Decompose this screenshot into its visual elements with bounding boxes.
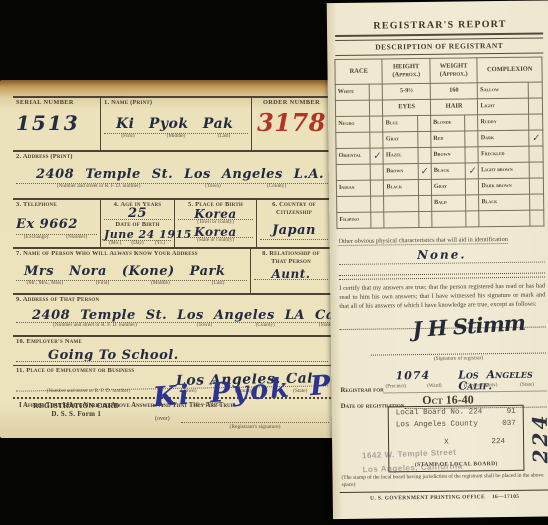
complexion-option-dark-brown: Dark brown (479, 178, 530, 195)
empty-cell (336, 132, 371, 148)
race-check-indian (371, 180, 384, 196)
employer-label: 10. Employer's Name (16, 338, 328, 346)
name-sublabel-middle: (Middle) (152, 134, 200, 140)
weight-header: WEIGHT (Approx.) (430, 58, 478, 84)
complexion-check-black (529, 194, 543, 210)
race-check-filipino (371, 212, 384, 228)
age-value: 25 (104, 209, 171, 220)
eyes-option-brown: Brown (384, 164, 419, 180)
relationship-label: 8. Relationship of That Person (254, 250, 328, 266)
row-contact-address: 9. Address of That Person 2408 Temple St… (13, 295, 331, 337)
hair-check-red (465, 131, 478, 147)
relationship-value: Aunt. (254, 266, 328, 280)
row-employer: 10. Employer's Name Going To School. (13, 337, 331, 366)
eyes-option-gray: Gray (383, 132, 418, 148)
race-option-filipino: Filipino (337, 212, 372, 228)
race-option-oriental: Oriental (336, 148, 371, 164)
eyes-check-blue (417, 115, 430, 131)
empty-cell (335, 100, 370, 116)
handwritten-side-number: 224 (528, 412, 548, 463)
contact-value: Mrs Nora (Kone) Park (16, 258, 247, 281)
order-number-cell: ORDER NUMBER 3178 (251, 98, 331, 150)
contact-address-value: 2408 Temple St. Los Angeles LA Calif. (16, 304, 356, 323)
contact-address-sublabels: (Number and street or R. F. D. number) (… (16, 323, 356, 329)
other-characteristics-label: Other obvious physical characteristics t… (339, 235, 545, 245)
contact-address-cell: 9. Address of That Person 2408 Temple St… (13, 295, 359, 335)
name-cell: 1. Name (Print) Ki Pyok Pak (First) (Mid… (101, 98, 251, 150)
dotted-double-rule (339, 272, 545, 280)
race-option-indian: Indian (336, 180, 371, 196)
employer-cell: 10. Employer's Name Going To School. (13, 337, 331, 365)
age-cell: 4. Age in Years 25 Date of Birth June 24… (101, 200, 175, 247)
telephone-sublabel-exchange: (Exchange) (16, 235, 57, 241)
registration-form: SERIAL NUMBER 1513 1. Name (Print) Ki Py… (13, 96, 331, 411)
order-number-label: ORDER NUMBER (255, 99, 328, 107)
contact-sublabel-title: (Mr., Mrs., Miss) (16, 281, 74, 287)
order-number-value: 3178 (255, 111, 328, 135)
registrar-signature: J H Stimm (390, 308, 547, 343)
birthplace-cell: 5. Place of Birth Korea (Town or county)… (175, 200, 257, 247)
complexion-check-light (528, 98, 542, 114)
contact-address-sublabel-street: (Number and street or R. F. D. number) (16, 323, 174, 329)
complexion-check-dark: ✓ (529, 130, 543, 146)
hair-option-brown: Brown (431, 147, 466, 163)
eyes-check-hazel (418, 147, 431, 163)
contact-address-label: 9. Address of That Person (16, 296, 356, 304)
empty-cell (371, 196, 384, 212)
empty-cell (370, 132, 383, 148)
complexion-check-light-brown (529, 162, 543, 178)
dob-sublabel-month: (Mo.) (104, 241, 126, 247)
report-title: REGISTRAR'S REPORT (327, 18, 548, 32)
description-table: RACE HEIGHT (Approx.) WEIGHT (Approx.) C… (334, 57, 544, 230)
height-value: 5-9½ (383, 83, 431, 100)
certification-text: I certify that my answers are true; that… (339, 282, 545, 311)
birthplace-state-value: Korea (178, 226, 253, 238)
registrar-sublabel-city: (City or county) (454, 382, 508, 389)
signature-line (181, 422, 329, 423)
hair-option-gray: Gray (431, 179, 466, 195)
complexion-header: COMPLEXION (477, 57, 542, 83)
dob-value: June 24 1915 (104, 229, 171, 241)
empty-cell (384, 196, 419, 212)
over-note: (over) (155, 416, 170, 422)
serial-number-value: 1513 (16, 113, 97, 133)
address-label: 2. Address (Print) (16, 153, 372, 161)
hair-option-black: Black (431, 163, 466, 179)
dob-sublabel-day: (Day) (126, 241, 148, 247)
table-header-row: RACE HEIGHT (Approx.) WEIGHT (Approx.) C… (335, 57, 542, 85)
complexion-check-dark-brown (529, 178, 543, 194)
address-sublabel-town: (Town) (181, 184, 245, 190)
hair-check-black: ✓ (465, 163, 478, 179)
weight-value: 160 (430, 83, 478, 100)
race-header: RACE (335, 59, 383, 85)
contact-sublabel-middle: (Middle) (132, 281, 190, 287)
contact-sublabel-first: (First) (74, 281, 132, 287)
complexion-check-sallow (528, 82, 542, 98)
address-value: 2408 Temple St. Los Angeles L.A. Calif (16, 161, 372, 184)
printing-office-footer: U. S. GOVERNMENT PRINTING OFFICE 16—1710… (340, 493, 548, 502)
complexion-option-ruddy: Ruddy (478, 114, 529, 131)
contact-sublabel-last: (Last) (189, 281, 247, 287)
eyes-check-gray (418, 131, 431, 147)
contact-sublabels: (Mr., Mrs., Miss) (First) (Middle) (Last… (16, 281, 247, 287)
empty-cell (370, 100, 383, 116)
empty-cell (419, 211, 432, 227)
name-label: 1. Name (Print) (104, 99, 248, 107)
height-header: HEIGHT (Approx.) (382, 58, 430, 84)
hair-header: HAIR (430, 99, 478, 116)
stamp-county-code: 037 (502, 419, 516, 431)
row-address: 2. Address (Print) 2408 Temple St. Los A… (13, 152, 331, 200)
dob-sublabel-year: (Yr.) (149, 241, 171, 247)
card-footer-title-block: REGISTRATION CARD D. S. S. Form 1 (33, 401, 119, 419)
empty-cell (336, 164, 371, 180)
printing-office-text: U. S. GOVERNMENT PRINTING OFFICE (370, 494, 485, 501)
stamp-footnote: (The stamp of the local board having jur… (341, 472, 547, 488)
registrar-signature-label: (Signature of registrar) (371, 354, 546, 362)
empty-cell (466, 211, 479, 227)
contact-address-sublabel-town: (Town) (174, 323, 235, 329)
telephone-sublabels: (Exchange) (Number) (16, 235, 97, 241)
report-subtitle: DESCRIPTION OF REGISTRANT (335, 41, 543, 57)
complexion-option-freckled: Freckled (478, 146, 529, 163)
registration-card: SERIAL NUMBER 1513 1. Name (Print) Ki Py… (0, 80, 338, 438)
hair-check-brown (465, 147, 478, 163)
row-contact-relationship: 7. Name of Person Who Will Always Know Y… (13, 249, 331, 295)
eyes-check-black (418, 179, 431, 195)
address-sublabel-street: (Number and street or R. F. D. number) (16, 184, 181, 190)
name-sublabels: (First) (Middle) (Last) (104, 134, 248, 140)
birthplace-state-sublabel: (State or country) (178, 238, 253, 244)
name-value: Ki Pyok Pak (104, 107, 248, 134)
eyes-header: EYES (383, 99, 431, 116)
contact-label: 7. Name of Person Who Will Always Know Y… (16, 250, 247, 258)
empty-cell (371, 164, 384, 180)
empty-cell (418, 195, 431, 211)
double-rule (335, 33, 543, 42)
hair-option-bald: Bald (431, 195, 466, 211)
race-option-white: White (335, 84, 370, 100)
dob-sublabels: (Mo.) (Day) (Yr.) (104, 241, 171, 247)
relationship-cell: 8. Relationship of That Person Aunt. (251, 249, 331, 293)
citizenship-cell: 6. Country of Citizenship Japan (257, 200, 331, 247)
registrars-report-card: REGISTRAR'S REPORT DESCRIPTION OF REGIST… (327, 0, 548, 519)
registrar-sublabel-state: (State) (508, 381, 547, 387)
eyes-check-brown: ✓ (418, 163, 431, 179)
registrar-sublabel-ward: (Ward) (415, 383, 454, 389)
telephone-cell: 3. Telephone Ex 9662 (Exchange) (Number) (13, 200, 101, 247)
eyes-option-hazel: Hazel (383, 148, 418, 164)
citizenship-value: Japan (260, 217, 328, 240)
printing-office-code: 16—17105 (492, 494, 520, 500)
telephone-value: Ex 9662 (16, 209, 97, 235)
contact-address-sublabel-county: (County) (235, 323, 296, 329)
hair-option-red: Red (431, 131, 466, 147)
contact-cell: 7. Name of Person Who Will Always Know Y… (13, 249, 251, 293)
registration-card-title: REGISTRATION CARD (33, 401, 119, 410)
row-telephone-age-birth: 3. Telephone Ex 9662 (Exchange) (Number)… (13, 200, 331, 249)
empty-cell (337, 196, 372, 212)
eyes-option-black: Black (384, 180, 419, 196)
complexion-option-light: Light (478, 98, 529, 115)
name-sublabel-last: (Last) (200, 134, 248, 140)
complexion-option-black: Black (479, 194, 530, 211)
address-cell: 2. Address (Print) 2408 Temple St. Los A… (13, 152, 375, 198)
stamp-board-code: 91 (507, 407, 516, 419)
complexion-check-ruddy (528, 114, 542, 130)
citizenship-label: 6. Country of Citizenship (260, 201, 328, 217)
stamp-county-text: Los Angeles County (396, 420, 478, 432)
footer-rule (340, 489, 548, 493)
race-check-oriental: ✓ (370, 148, 383, 164)
telephone-label: 3. Telephone (16, 201, 97, 209)
empty-cell (479, 210, 530, 227)
registration-card-footer: REGISTRATION CARD D. S. S. Form 1 (over)… (13, 392, 331, 436)
registrant-signature-label: (Registrant's signature) (181, 424, 329, 430)
employer-value: Going To School. (16, 346, 328, 362)
address-sublabel-county: (County) (245, 184, 309, 190)
hair-option-blonde: Blonde (431, 115, 466, 131)
form-number: D. S. S. Form 1 (33, 410, 119, 419)
table-row: Filipino (337, 210, 544, 229)
row-serial-name-order: SERIAL NUMBER 1513 1. Name (Print) Ki Py… (13, 98, 331, 152)
hair-check-gray (466, 179, 479, 195)
serial-number-cell: SERIAL NUMBER 1513 (13, 98, 101, 150)
hair-check-bald (466, 195, 479, 211)
scanned-document-background: SERIAL NUMBER 1513 1. Name (Print) Ki Py… (0, 0, 548, 525)
name-sublabel-first: (First) (104, 134, 152, 140)
eyes-option-blue: Blue (383, 116, 418, 132)
stamp-county-row: Los Angeles County 037 (389, 418, 523, 432)
empty-cell (530, 210, 544, 226)
race-option-negro: Negro (336, 116, 371, 132)
complexion-option-sallow: Sallow (478, 82, 529, 99)
race-check-white (370, 84, 383, 100)
telephone-sublabel-number: (Number) (57, 235, 98, 241)
complexion-option-dark: Dark (478, 130, 529, 147)
race-check-negro (370, 116, 383, 132)
hair-check-blonde (465, 115, 478, 131)
complexion-check-freckled (529, 146, 543, 162)
serial-number-label: SERIAL NUMBER (16, 99, 97, 107)
stamp-board-text: Local Board No. 224 (396, 407, 483, 419)
other-characteristics-value: None. (339, 246, 545, 265)
address-sublabels: (Number and street or R. F. D. number) (… (16, 184, 372, 190)
empty-cell (384, 212, 419, 228)
complexion-option-light-brown: Light brown (479, 162, 530, 179)
empty-cell (432, 211, 467, 227)
registrar-sublabel-precinct: (Precinct) (376, 383, 415, 389)
